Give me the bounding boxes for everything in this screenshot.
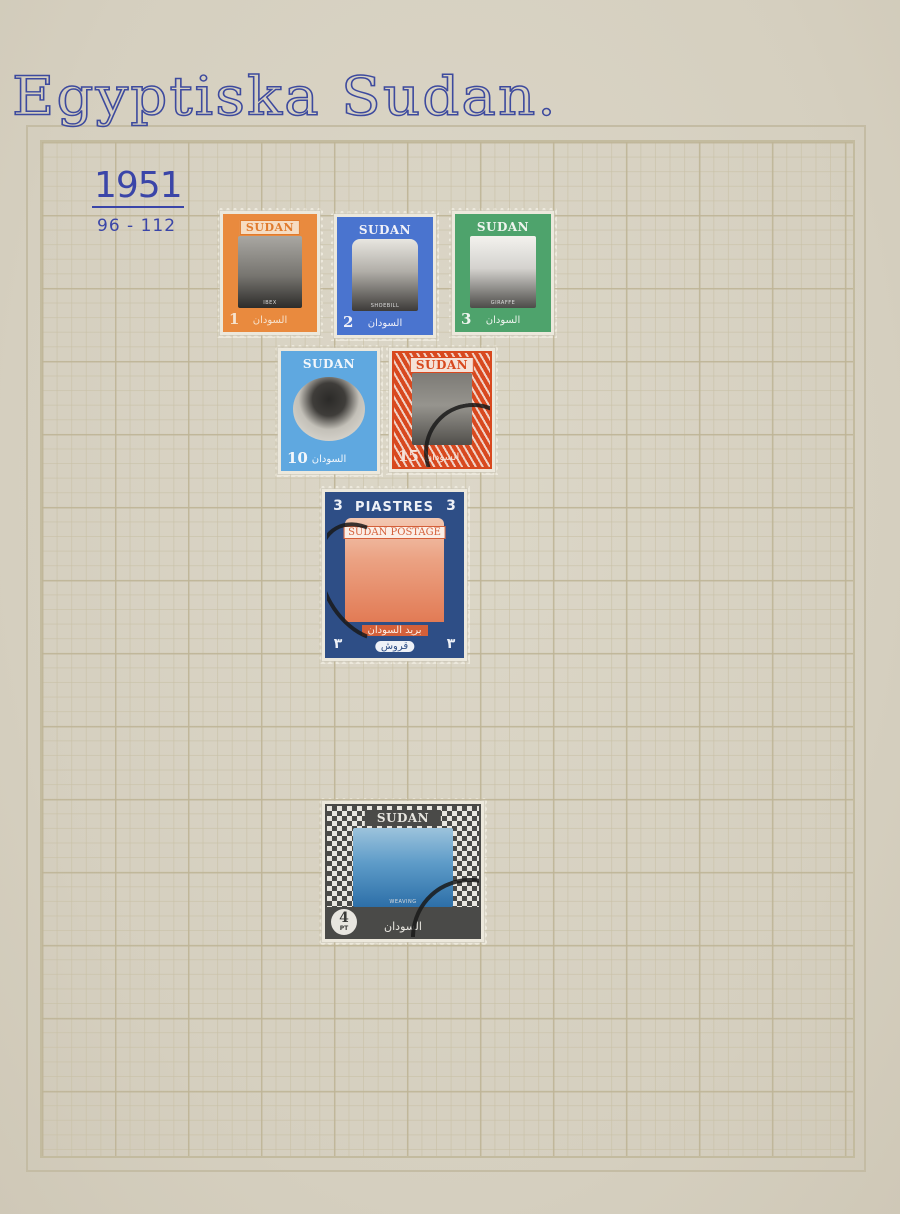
stamp-10mms-hadendowa: SUDAN 10 السودان	[278, 348, 380, 474]
stamp-arabic-name: السودان	[486, 315, 521, 326]
giraffe-vignette	[470, 236, 536, 308]
stamp-frame: SUDAN 10 السودان	[281, 351, 377, 471]
stamp-country: SUDAN	[354, 223, 416, 237]
ibex-vignette	[238, 236, 302, 308]
stamp-value-top-right: 3	[442, 498, 460, 514]
shoebill-vignette	[352, 239, 418, 311]
stamp-value: 10	[287, 450, 308, 466]
stamp-15mms-soldier: SUDAN 15 السودان	[389, 348, 495, 472]
stamp-frame: SUDAN IBEX 1 السودان	[223, 214, 317, 332]
stamp-arabic-value-right: ٣	[442, 636, 460, 652]
stamp-3-piastres-camel-postman: PIASTRES 3 3 SUDAN POSTAGE بريد السودان …	[322, 489, 467, 661]
stamp-4pt-weaving: SUDAN WEAVING 4PT السودان	[322, 801, 484, 942]
stamp-caption: IBEX	[263, 300, 277, 306]
stamp-arabic-value-left: ٣	[329, 636, 347, 652]
stamp-value: 2	[343, 314, 353, 330]
stamp-caption: GIRAFFE	[491, 300, 515, 306]
stamp-country: SUDAN	[240, 220, 300, 235]
stamp-country: SUDAN	[365, 810, 441, 826]
hadendowa-vignette	[293, 377, 365, 441]
stamp-arabic-name: السودان	[253, 315, 288, 326]
stamp-arabic-unit: قروش	[375, 641, 414, 652]
stamp-frame: SUDAN SHOEBILL 2 السودان	[337, 217, 433, 335]
stamp-frame: SUDAN WEAVING 4PT السودان	[325, 804, 481, 939]
stamp-caption: WEAVING	[389, 899, 416, 905]
stamp-value: 1	[229, 311, 239, 327]
stamp-value: 3	[461, 311, 471, 327]
stamp-frame: PIASTRES 3 3 SUDAN POSTAGE بريد السودان …	[325, 492, 464, 658]
stamp-value: 4PT	[331, 909, 357, 935]
catalog-range: 96 - 112	[97, 216, 176, 236]
stamp-2mms-shoebill: SUDAN SHOEBILL 2 السودان	[334, 214, 436, 338]
stamp-value-top-left: 3	[329, 498, 347, 514]
stamp-1mm-ibex: SUDAN IBEX 1 السودان	[220, 211, 320, 335]
page-title: Egyptiska Sudan.	[12, 65, 558, 128]
stamp-frame: SUDAN GIRAFFE 3 السودان	[455, 214, 551, 332]
stamp-value-number: 4	[339, 910, 349, 926]
stamp-value-unit: PT	[331, 927, 357, 931]
stamp-arabic-name: السودان	[312, 454, 347, 465]
stamp-denomination-label: PIASTRES	[350, 500, 439, 515]
stamp-country: SUDAN	[472, 220, 534, 234]
stamp-country: SUDAN	[410, 357, 474, 373]
stamp-frame: SUDAN 15 السودان	[392, 351, 492, 469]
issue-year: 1951	[92, 166, 184, 208]
stamp-3mms-giraffe: SUDAN GIRAFFE 3 السودان	[452, 211, 554, 335]
stamp-caption: SHOEBILL	[371, 303, 400, 309]
stamp-arabic-name: السودان	[368, 318, 403, 329]
stamp-value: 15	[398, 448, 419, 464]
stamp-country: SUDAN	[298, 357, 360, 371]
